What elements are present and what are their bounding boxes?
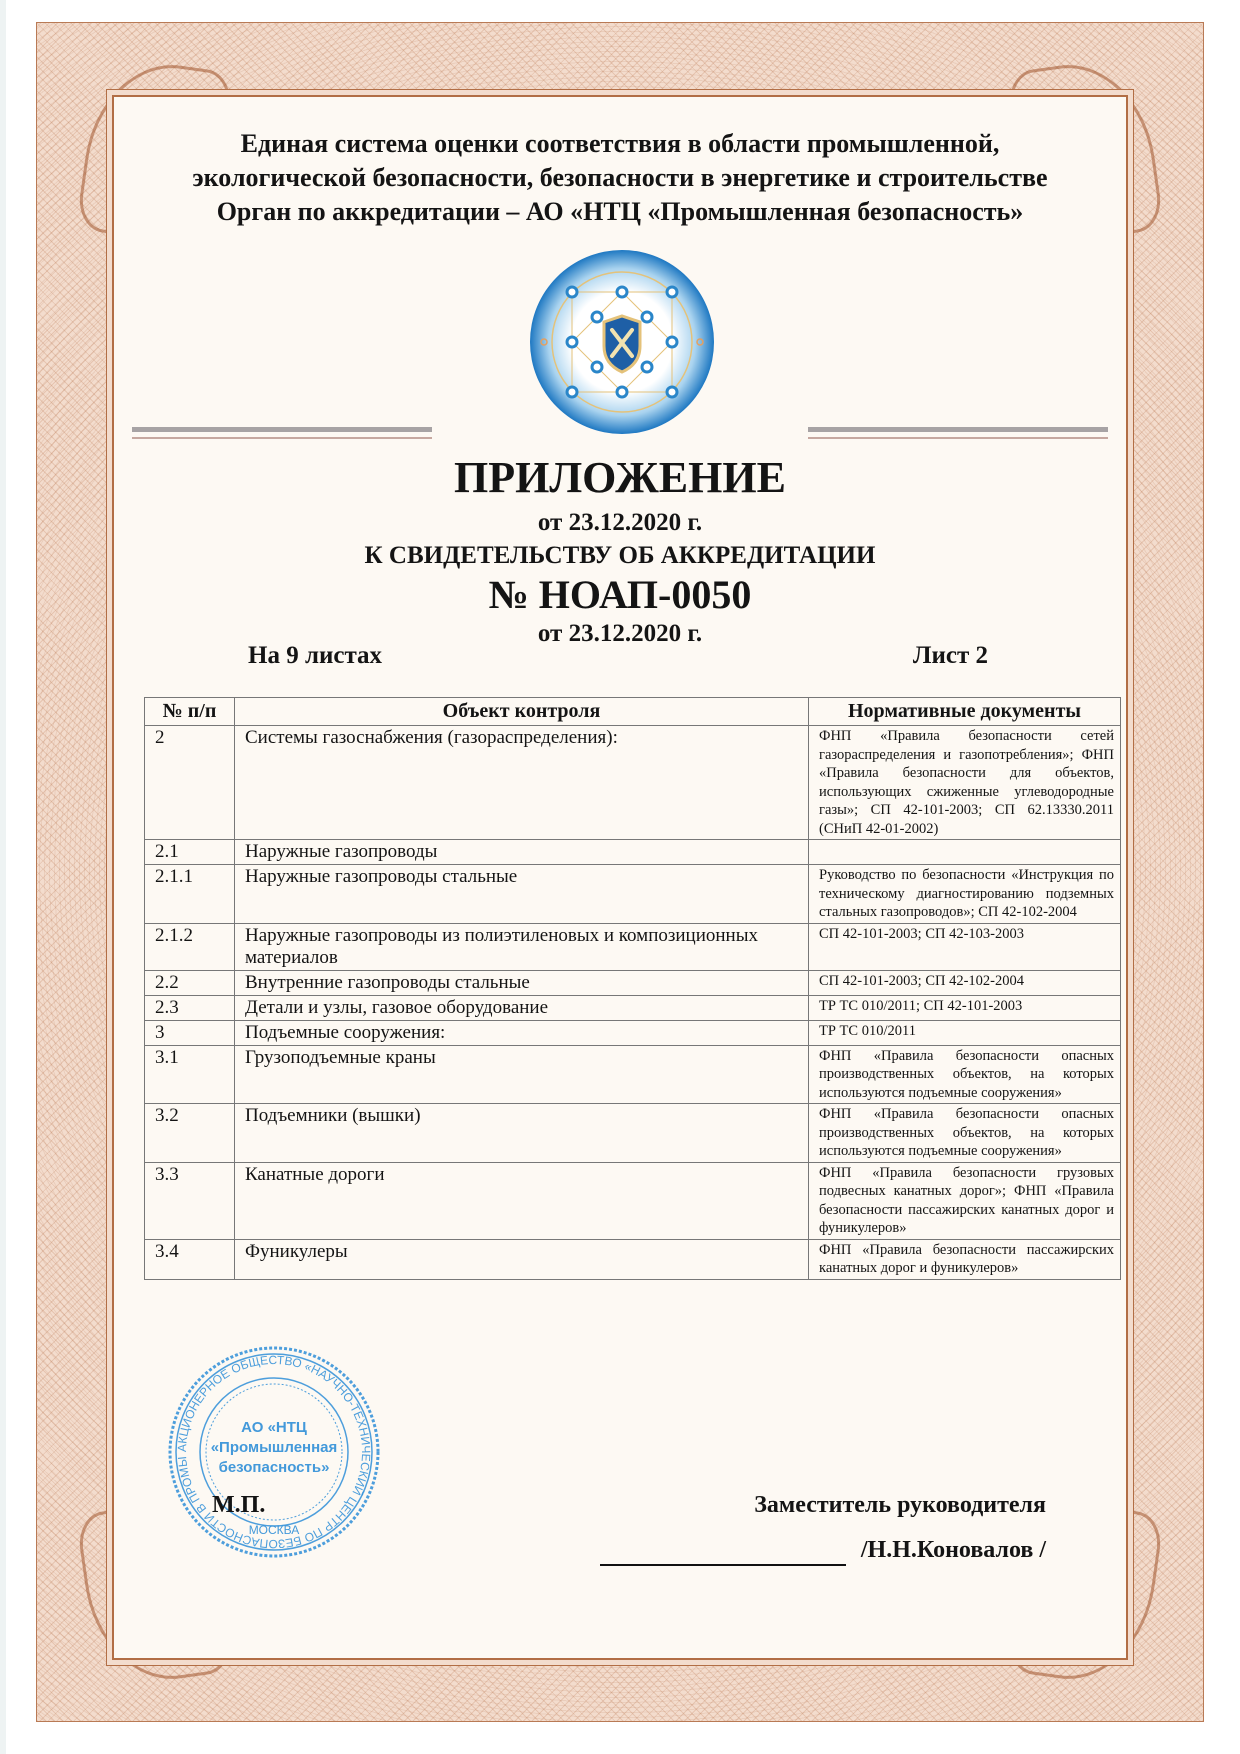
row-documents bbox=[809, 840, 1121, 865]
table-row: 3.2Подъемники (вышки)ФНП «Правила безопа… bbox=[145, 1104, 1121, 1163]
official-seal-stamp: АКЦИОНЕРНОЕ ОБЩЕСТВО «НАУЧНО-ТЕХНИЧЕСКИЙ… bbox=[164, 1342, 384, 1562]
row-object: Фуникулеры bbox=[235, 1239, 809, 1279]
title-heading: ПРИЛОЖЕНИЕ bbox=[114, 452, 1126, 504]
row-number: 2.3 bbox=[145, 995, 235, 1020]
row-object: Канатные дороги bbox=[235, 1162, 809, 1239]
row-number: 2.1.2 bbox=[145, 923, 235, 970]
row-number: 2 bbox=[145, 726, 235, 840]
row-documents: Руководство по безопасности «Инструкция … bbox=[809, 865, 1121, 924]
svg-text:МОСКВА: МОСКВА bbox=[249, 1523, 300, 1537]
seal-label: М.П. bbox=[212, 1492, 265, 1519]
column-header-documents: Нормативные документы bbox=[809, 698, 1121, 726]
table-row: 3.4ФуникулерыФНП «Правила безопасности п… bbox=[145, 1239, 1121, 1279]
row-number: 3.2 bbox=[145, 1104, 235, 1163]
row-number: 3.4 bbox=[145, 1239, 235, 1279]
row-object: Грузоподъемные краны bbox=[235, 1045, 809, 1104]
row-number: 2.2 bbox=[145, 970, 235, 995]
row-documents: ФНП «Правила безопасности сетей газорасп… bbox=[809, 726, 1121, 840]
certificate-page: Единая система оценки соответствия в обл… bbox=[112, 95, 1128, 1660]
row-documents: ФНП «Правила безопасности опасных произв… bbox=[809, 1045, 1121, 1104]
document-title: ПРИЛОЖЕНИЕ от 23.12.2020 г. К СВИДЕТЕЛЬС… bbox=[114, 452, 1126, 650]
row-number: 3.3 bbox=[145, 1162, 235, 1239]
signature-line bbox=[600, 1564, 846, 1566]
org-line: экологической безопасности, безопасности… bbox=[114, 161, 1126, 195]
table-row: 3Подъемные сооружения:ТР ТС 010/2011 bbox=[145, 1020, 1121, 1045]
row-number: 2.1.1 bbox=[145, 865, 235, 924]
row-documents: ТР ТС 010/2011; СП 42-101-2003 bbox=[809, 995, 1121, 1020]
total-sheets: На 9 листах bbox=[248, 642, 382, 670]
table-row: 2.1.1Наружные газопроводы стальныеРуково… bbox=[145, 865, 1121, 924]
row-object: Подъемные сооружения: bbox=[235, 1020, 809, 1045]
column-header-object: Объект контроля bbox=[235, 698, 809, 726]
scope-table: № п/п Объект контроля Нормативные докуме… bbox=[144, 697, 1121, 1280]
row-object: Наружные газопроводы стальные bbox=[235, 865, 809, 924]
svg-text:АО «НТЦ: АО «НТЦ bbox=[241, 1419, 307, 1436]
table-row: 3.1Грузоподъемные краныФНП «Правила безо… bbox=[145, 1045, 1121, 1104]
row-number: 3.1 bbox=[145, 1045, 235, 1104]
title-subheading: К СВИДЕТЕЛЬСТВУ ОБ АККРЕДИТАЦИИ bbox=[114, 540, 1126, 572]
table-row: 3.3Канатные дорогиФНП «Правила безопасно… bbox=[145, 1162, 1121, 1239]
row-documents: ФНП «Правила безопасности пассажирских к… bbox=[809, 1239, 1121, 1279]
organization-header: Единая система оценки соответствия в обл… bbox=[114, 127, 1126, 229]
row-documents: ФНП «Правила безопасности опасных произв… bbox=[809, 1104, 1121, 1163]
org-line: Орган по аккредитации – АО «НТЦ «Промышл… bbox=[114, 195, 1126, 229]
row-documents: ТР ТС 010/2011 bbox=[809, 1020, 1121, 1045]
shield-emblem-icon bbox=[522, 242, 722, 442]
table-row: 2.2Внутренние газопроводы стальныеСП 42-… bbox=[145, 970, 1121, 995]
decorative-rule bbox=[132, 427, 432, 439]
row-object: Внутренние газопроводы стальные bbox=[235, 970, 809, 995]
svg-text:«Промышленная: «Промышленная bbox=[211, 1439, 338, 1456]
title-date: от 23.12.2020 г. bbox=[114, 506, 1126, 540]
signer-title: Заместитель руководителя bbox=[754, 1492, 1046, 1519]
signer-name: /Н.Н.Коновалов / bbox=[861, 1537, 1046, 1564]
decorative-rule bbox=[808, 427, 1108, 439]
row-object: Системы газоснабжения (газораспределения… bbox=[235, 726, 809, 840]
certificate-number: № НОАП-0050 bbox=[114, 572, 1126, 618]
row-number: 3 bbox=[145, 1020, 235, 1045]
row-object: Детали и узлы, газовое оборудование bbox=[235, 995, 809, 1020]
org-line: Единая система оценки соответствия в обл… bbox=[114, 127, 1126, 161]
row-documents: СП 42-101-2003; СП 42-103-2003 bbox=[809, 923, 1121, 970]
table-header-row: № п/п Объект контроля Нормативные докуме… bbox=[145, 698, 1121, 726]
row-object: Подъемники (вышки) bbox=[235, 1104, 809, 1163]
column-header-number: № п/п bbox=[145, 698, 235, 726]
row-number: 2.1 bbox=[145, 840, 235, 865]
scan-edge bbox=[0, 0, 6, 1754]
table-row: 2.1Наружные газопроводы bbox=[145, 840, 1121, 865]
table-row: 2.1.2Наружные газопроводы из полиэтилено… bbox=[145, 923, 1121, 970]
table-row: 2Системы газоснабжения (газораспределени… bbox=[145, 726, 1121, 840]
table-row: 2.3Детали и узлы, газовое оборудованиеТР… bbox=[145, 995, 1121, 1020]
row-object: Наружные газопроводы из полиэтиленовых и… bbox=[235, 923, 809, 970]
current-sheet: Лист 2 bbox=[913, 642, 988, 670]
row-object: Наружные газопроводы bbox=[235, 840, 809, 865]
svg-text:безопасность»: безопасность» bbox=[219, 1459, 330, 1476]
row-documents: СП 42-101-2003; СП 42-102-2004 bbox=[809, 970, 1121, 995]
row-documents: ФНП «Правила безопасности грузовых подве… bbox=[809, 1162, 1121, 1239]
